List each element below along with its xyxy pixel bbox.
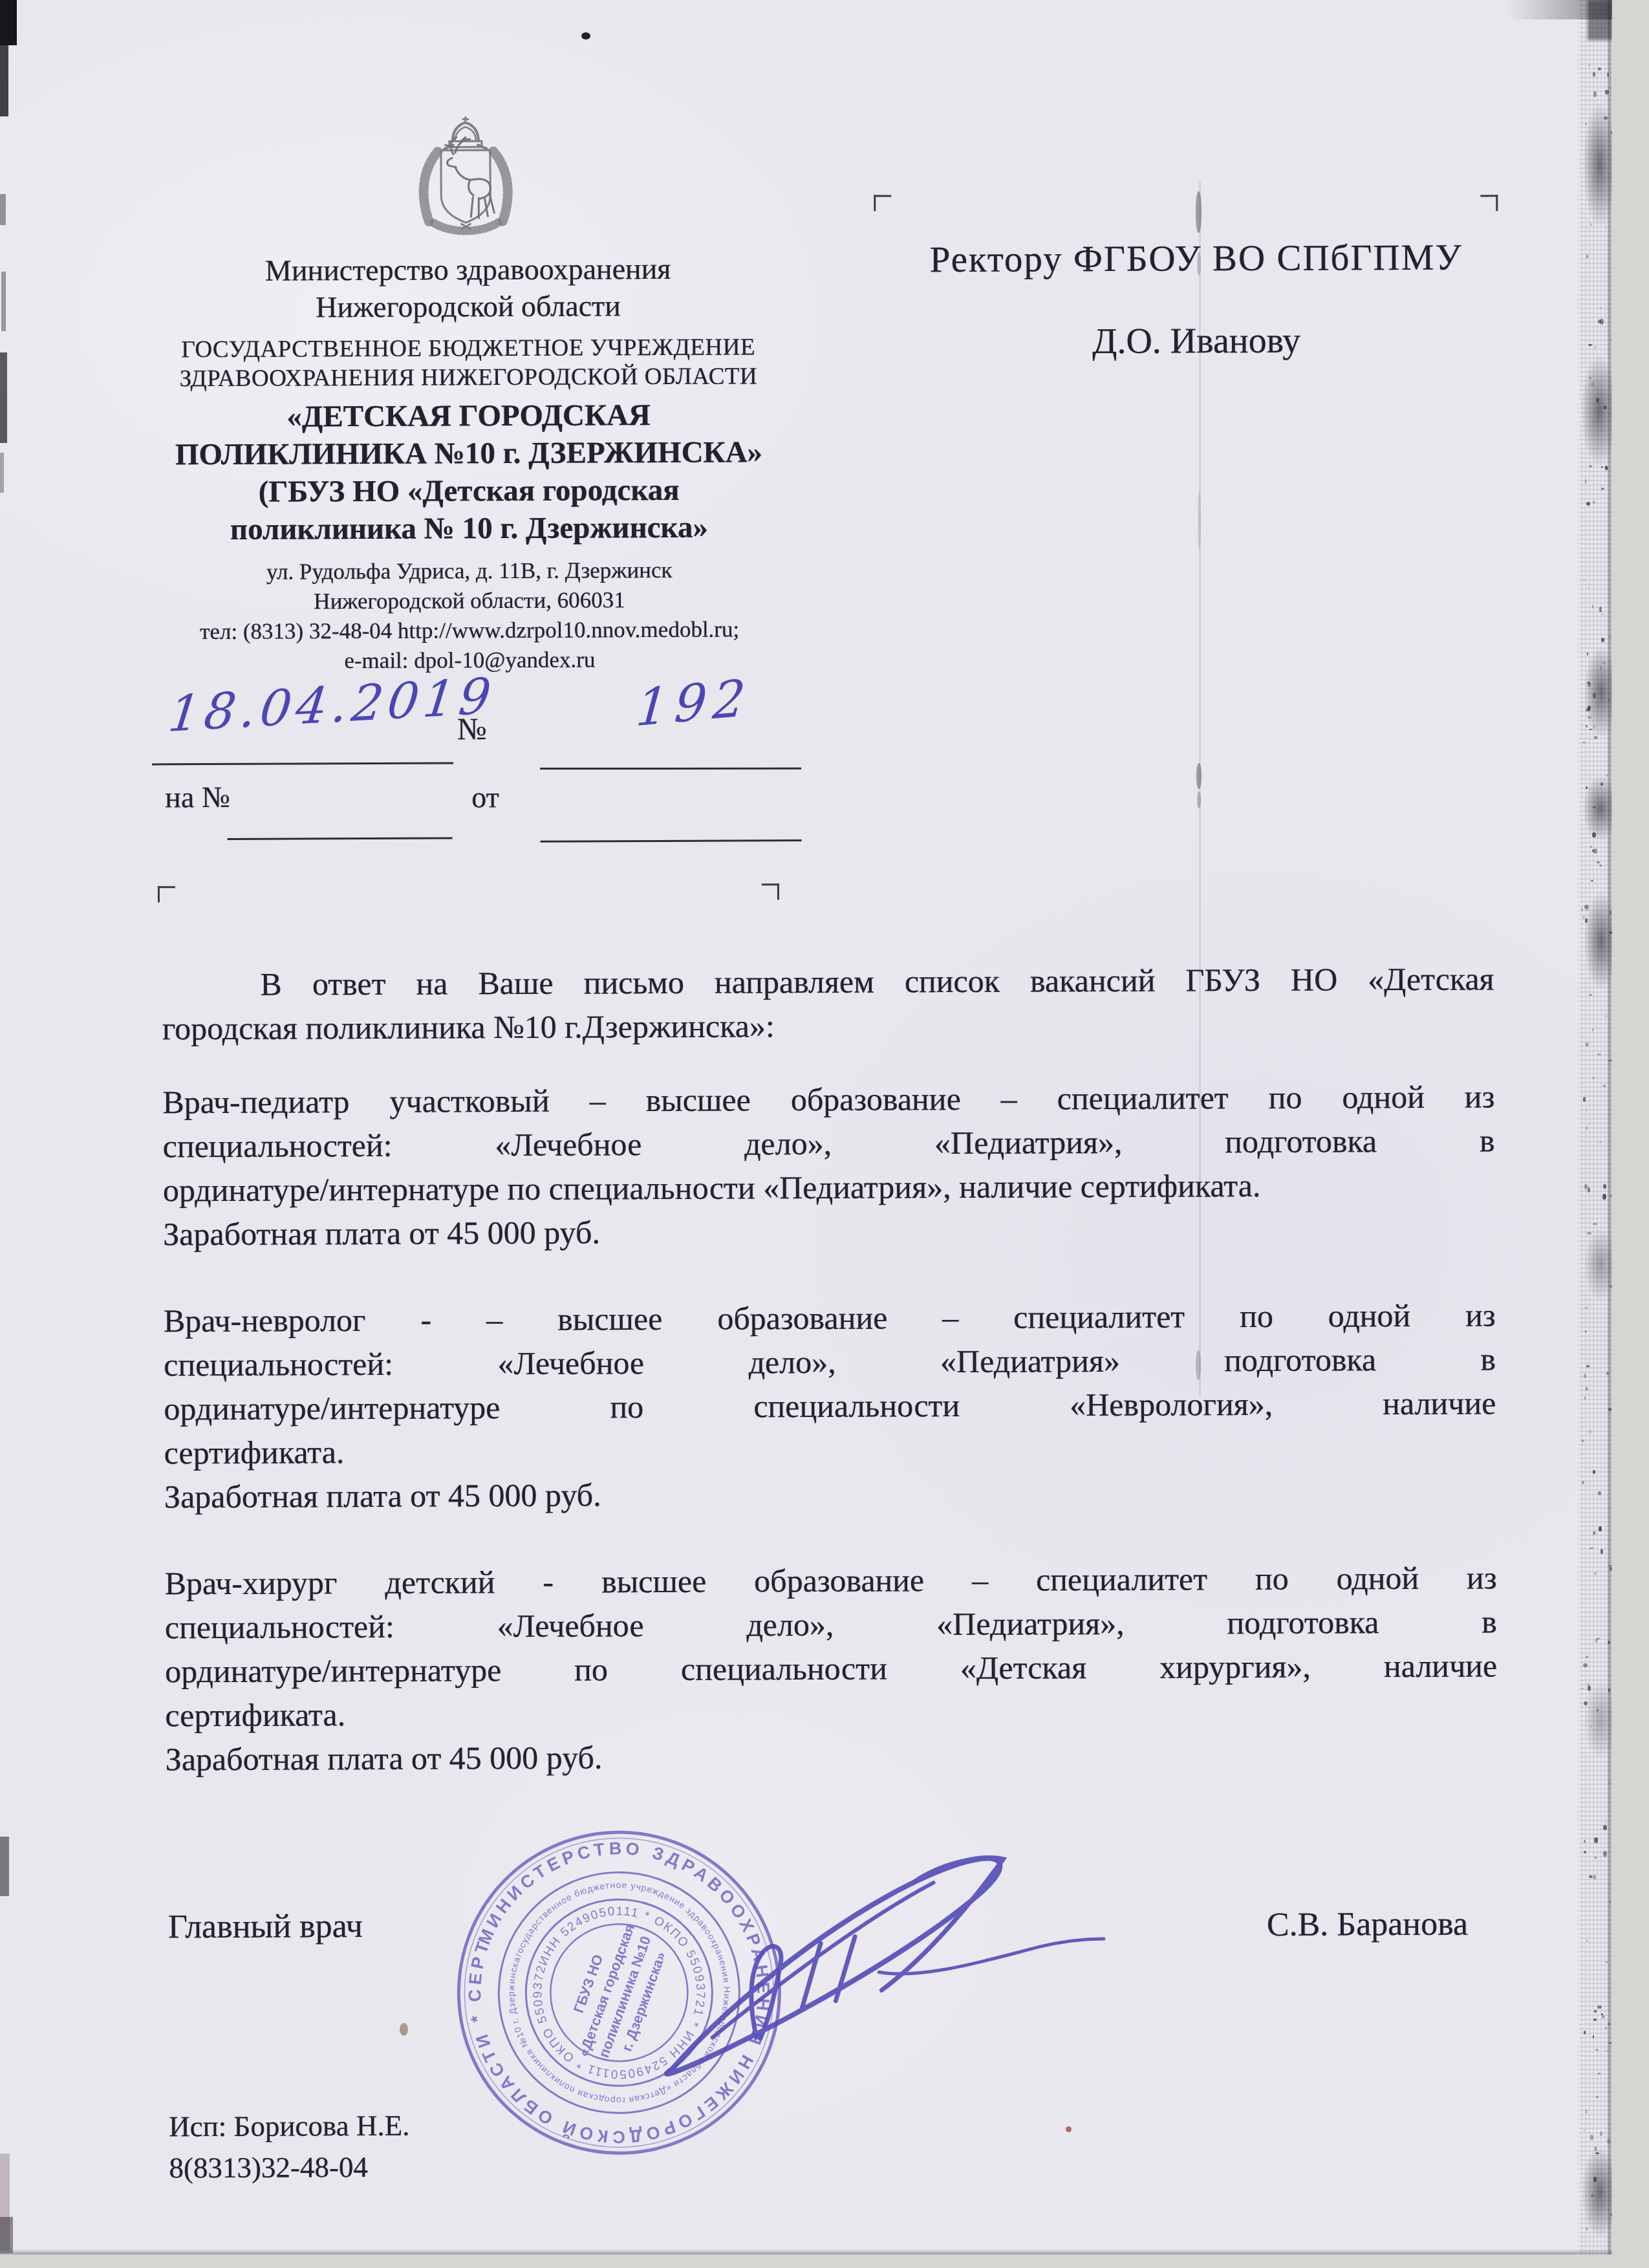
handwritten-signature — [0, 0, 1612, 2254]
executor-phone: 8(8313)32-48-04 — [169, 2146, 409, 2189]
executor-block: Исп: Борисова Н.Е. 8(8313)32-48-04 — [169, 2105, 410, 2189]
scanned-letter-page: Министерство здравоохранения Нижегородск… — [0, 0, 1612, 2254]
executor-name: Исп: Борисова Н.Е. — [169, 2105, 409, 2148]
letter-content: Министерство здравоохранения Нижегородск… — [0, 0, 1612, 2254]
